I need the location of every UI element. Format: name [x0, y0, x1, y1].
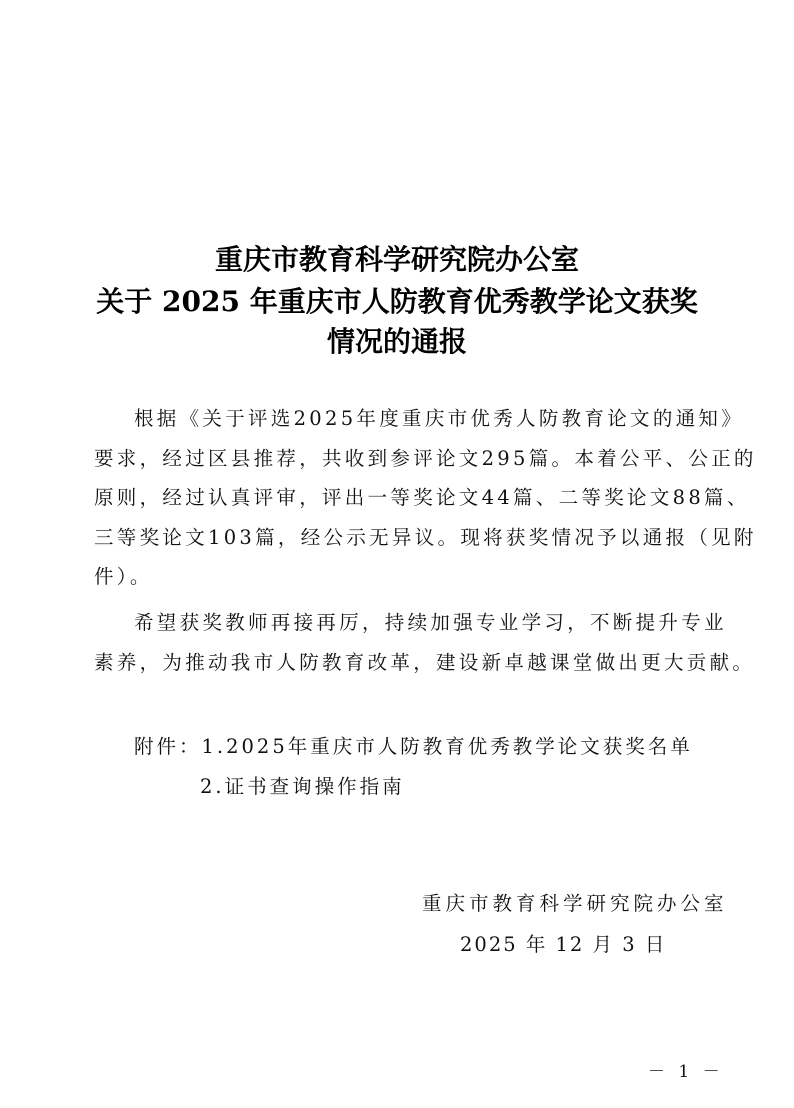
paragraph-line: 三等奖论文103篇，经公示无异议。现将获奖情况予以通报（见附 — [94, 518, 694, 558]
attachment-item-2: 2.证书查询操作指南 — [134, 767, 693, 807]
paragraph-line: 希望获奖教师再接再厉，持续加强专业学习，不断提升专业 — [94, 603, 694, 643]
title-line-1: 重庆市教育科学研究院办公室 — [0, 240, 794, 280]
issue-date: 2025 年 12 月 3 日 — [460, 926, 666, 964]
paragraph-line: 件）。 — [94, 557, 694, 597]
body-paragraph-2: 希望获奖教师再接再厉，持续加强专业学习，不断提升专业 素养，为推动我市人防教育改… — [94, 603, 694, 682]
attachments-label: 附件： — [134, 735, 202, 758]
paragraph-line: 要求，经过区县推荐，共收到参评论文295篇。本着公平、公正的 — [94, 439, 694, 479]
paragraph-line: 根据《关于评选2025年度重庆市优秀人防教育论文的通知》 — [94, 399, 694, 439]
paragraph-line: 素养，为推动我市人防教育改革，建设新卓越课堂做出更大贡献。 — [94, 643, 694, 683]
title-line-2: 关于 2025 年重庆市人防教育优秀教学论文获奖 — [0, 282, 794, 322]
page-number: － 1 － — [648, 1057, 724, 1082]
body-paragraph-1: 根据《关于评选2025年度重庆市优秀人防教育论文的通知》 要求，经过区县推荐，共… — [94, 399, 694, 597]
title-line-3: 情况的通报 — [0, 322, 794, 362]
attachment-item-1: 1.2025年重庆市人防教育优秀教学论文获奖名单 — [202, 735, 693, 758]
issuer-signature: 重庆市教育科学研究院办公室 — [422, 885, 728, 923]
attachments-section: 附件：1.2025年重庆市人防教育优秀教学论文获奖名单 2.证书查询操作指南 — [134, 727, 693, 807]
paragraph-line: 原则，经过认真评审，评出一等奖论文44篇、二等奖论文88篇、 — [94, 478, 694, 518]
